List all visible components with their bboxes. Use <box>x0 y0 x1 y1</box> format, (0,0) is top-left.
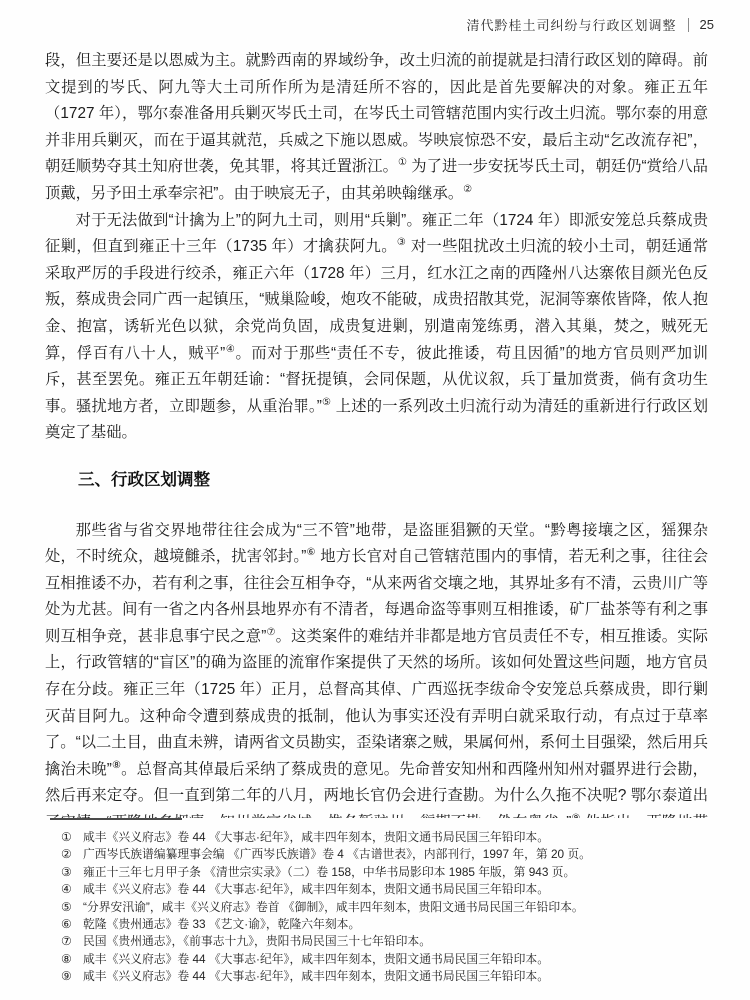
page-header: 清代黔桂土司纠纷与行政区划调整 25 <box>467 15 714 34</box>
footnote-text: 咸丰《兴义府志》卷 44 《大事志·纪年》，咸丰四年刻本，贵阳文通书局民国三年铅… <box>83 968 712 985</box>
footnote-item: ④ 咸丰《兴义府志》卷 44 《大事志·纪年》，咸丰四年刻本，贵阳文通书局民国三… <box>45 881 712 898</box>
footnote-item: ⑧ 咸丰《兴义府志》卷 44 《大事志·纪年》，咸丰四年刻本，贵阳文通书局民国三… <box>45 951 712 968</box>
footnote-mark: ① <box>61 829 83 846</box>
footnote-text: “分界安汛谕”，咸丰《兴义府志》卷首 《御制》，咸丰四年刻本，贵阳文通书局民国三… <box>83 899 712 916</box>
footnote-mark: ⑦ <box>61 933 83 950</box>
running-title: 清代黔桂土司纠纷与行政区划调整 <box>467 15 677 34</box>
paragraph: 对于无法做到“计擒为上”的阿九土司，则用“兵剿”。雍正二年（1724 年）即派安… <box>45 208 708 447</box>
section-heading: 三、行政区划调整 <box>45 467 708 494</box>
footnote-mark: ② <box>61 846 83 863</box>
footnote-item: ⑨ 咸丰《兴义府志》卷 44 《大事志·纪年》，咸丰四年刻本，贵阳文通书局民国三… <box>45 968 712 985</box>
footnote-mark: ⑧ <box>61 951 83 968</box>
footnote-rule <box>50 818 182 820</box>
footnote-text: 雍正十三年七月甲子条 《清世宗实录》（二）卷 158，中华书局影印本 1985 … <box>83 864 712 881</box>
footnote-text: 咸丰《兴义府志》卷 44 《大事志·纪年》，咸丰四年刻本，贵阳文通书局民国三年铅… <box>83 881 712 898</box>
footnote-mark: ④ <box>61 881 83 898</box>
paragraph: 那些省与省交界地带往往会成为“三不管”地带，是盗匪猖獗的天堂。“黔粤接壤之区，猺… <box>45 518 708 819</box>
footnote-text: 咸丰《兴义府志》卷 44 《大事志·纪年》，咸丰四年刻本，贵阳文通书局民国三年铅… <box>83 951 712 968</box>
footnote-item: ⑦ 民国《贵州通志》，《前事志十九》，贵阳书局民国三十七年铅印本。 <box>45 933 712 950</box>
footnote-text: 咸丰《兴义府志》卷 44 《大事志·纪年》，咸丰四年刻本，贵阳文通书局民国三年铅… <box>83 829 712 846</box>
footnote-text: 乾隆《贵州通志》卷 33 《艺文·谕》，乾隆六年刻本。 <box>83 916 712 933</box>
paragraph: 段，但主要还是以恩威为主。就黔西南的界域纷争，改土归流的前提就是扫清行政区划的障… <box>45 48 708 208</box>
footnote-mark: ⑨ <box>61 968 83 985</box>
header-divider <box>688 18 689 32</box>
footnote-item: ⑥ 乾隆《贵州通志》卷 33 《艺文·谕》，乾隆六年刻本。 <box>45 916 712 933</box>
footnote-item: ③ 雍正十三年七月甲子条 《清世宗实录》（二）卷 158，中华书局影印本 198… <box>45 864 712 881</box>
footnote-text: 广西岑氏族谱编纂理事会编 《广西岑氏族谱》卷 4 《古谱世表》，内部刊行，199… <box>83 846 712 863</box>
footnote-item: ② 广西岑氏族谱编纂理事会编 《广西岑氏族谱》卷 4 《古谱世表》，内部刊行，1… <box>45 846 712 863</box>
footnote-area: ① 咸丰《兴义府志》卷 44 《大事志·纪年》，咸丰四年刻本，贵阳文通书局民国三… <box>45 818 712 986</box>
footnote-item: ① 咸丰《兴义府志》卷 44 《大事志·纪年》，咸丰四年刻本，贵阳文通书局民国三… <box>45 829 712 846</box>
footnote-mark: ⑤ <box>61 899 83 916</box>
body-text: 段，但主要还是以恩威为主。就黔西南的界域纷争，改土归流的前提就是扫清行政区划的障… <box>45 48 708 818</box>
footnote-text: 民国《贵州通志》，《前事志十九》，贵阳书局民国三十七年铅印本。 <box>83 933 712 950</box>
page-number: 25 <box>700 17 714 32</box>
footnote-mark: ⑥ <box>61 916 83 933</box>
footnote-mark: ③ <box>61 864 83 881</box>
document-page: 清代黔桂土司纠纷与行政区划调整 25 段，但主要还是以恩威为主。就黔西南的界域纷… <box>0 0 750 1000</box>
footnote-item: ⑤ “分界安汛谕”，咸丰《兴义府志》卷首 《御制》，咸丰四年刻本，贵阳文通书局民… <box>45 899 712 916</box>
